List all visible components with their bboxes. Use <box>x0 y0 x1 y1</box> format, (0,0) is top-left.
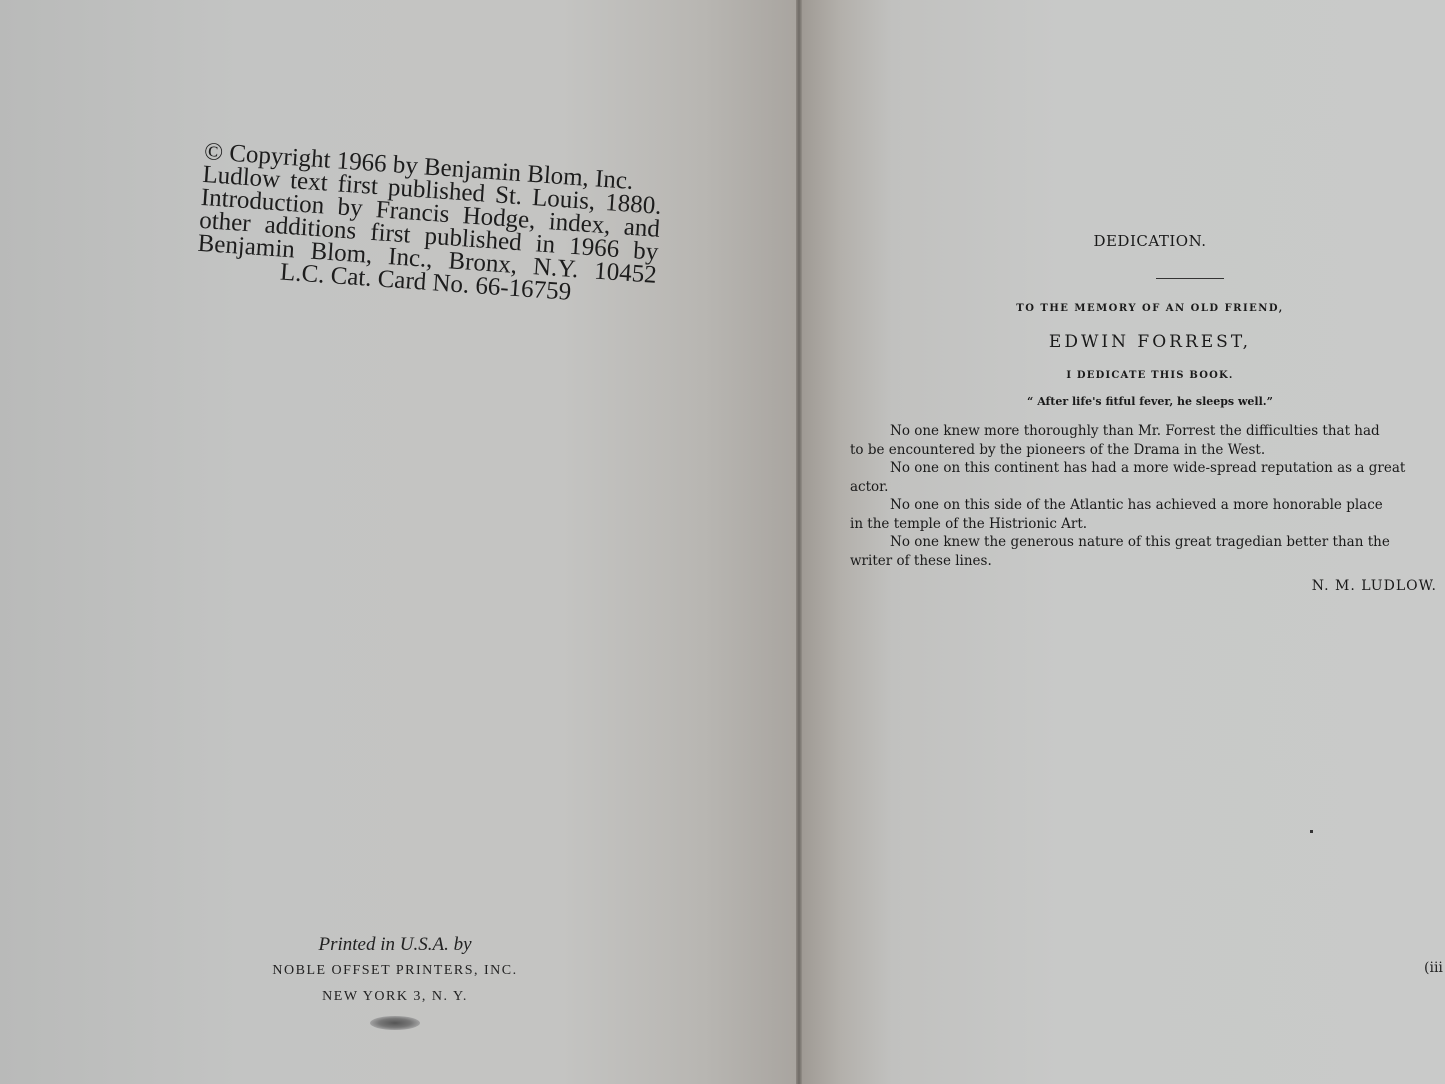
paragraph-line: writer of these lines. <box>850 552 1445 571</box>
dedication-paragraph: No one on this side of the Atlantic has … <box>870 496 1445 533</box>
dedication-body: No one knew more thoroughly than Mr. For… <box>870 422 1445 570</box>
book-spread: © Copyright 1966 by Benjamin Blom, Inc. … <box>0 0 1445 1084</box>
paragraph-line: No one on this continent has had a more … <box>890 460 1405 476</box>
dedication-to-memory: TO THE MEMORY OF AN OLD FRIEND, <box>870 303 1430 314</box>
paragraph-line: No one on this side of the Atlantic has … <box>890 497 1383 513</box>
paragraph-line: actor. <box>850 478 1445 497</box>
dedicate-line: I DEDICATE THIS BOOK. <box>870 370 1430 381</box>
dedication-block: DEDICATION. TO THE MEMORY OF AN OLD FRIE… <box>870 232 1445 594</box>
ink-speck <box>1310 830 1313 833</box>
paragraph-line: in the temple of the Histrionic Art. <box>850 515 1445 534</box>
printer-name: NOBLE OFFSET PRINTERS, INC. <box>240 958 550 984</box>
dedication-paragraph: No one knew the generous nature of this … <box>870 533 1445 570</box>
honoree-name: EDWIN FORREST, <box>870 332 1430 352</box>
union-bug-icon <box>370 1016 420 1030</box>
printed-in-line: Printed in U.S.A. by <box>240 932 550 958</box>
paragraph-line: to be encountered by the pioneers of the… <box>850 441 1445 460</box>
author-signature: N. M. LUDLOW. <box>870 578 1445 594</box>
copyright-notice: © Copyright 1966 by Benjamin Blom, Inc. … <box>195 140 664 310</box>
paragraph-line: No one knew the generous nature of this … <box>890 534 1390 550</box>
page-number: (iii <box>1424 960 1443 976</box>
dedication-heading: DEDICATION. <box>870 232 1410 250</box>
dedication-paragraph: No one on this continent has had a more … <box>870 459 1445 496</box>
printer-city: NEW YORK 3, N. Y. <box>240 984 550 1010</box>
divider-rule <box>1156 278 1224 279</box>
epigraph-quote: “ After life's fitful fever, he sleeps w… <box>870 395 1430 408</box>
paragraph-line: No one knew more thoroughly than Mr. For… <box>890 423 1380 439</box>
printer-imprint: Printed in U.S.A. by NOBLE OFFSET PRINTE… <box>240 932 550 1035</box>
dedication-paragraph: No one knew more thoroughly than Mr. For… <box>870 422 1445 459</box>
left-page: © Copyright 1966 by Benjamin Blom, Inc. … <box>0 0 800 1084</box>
